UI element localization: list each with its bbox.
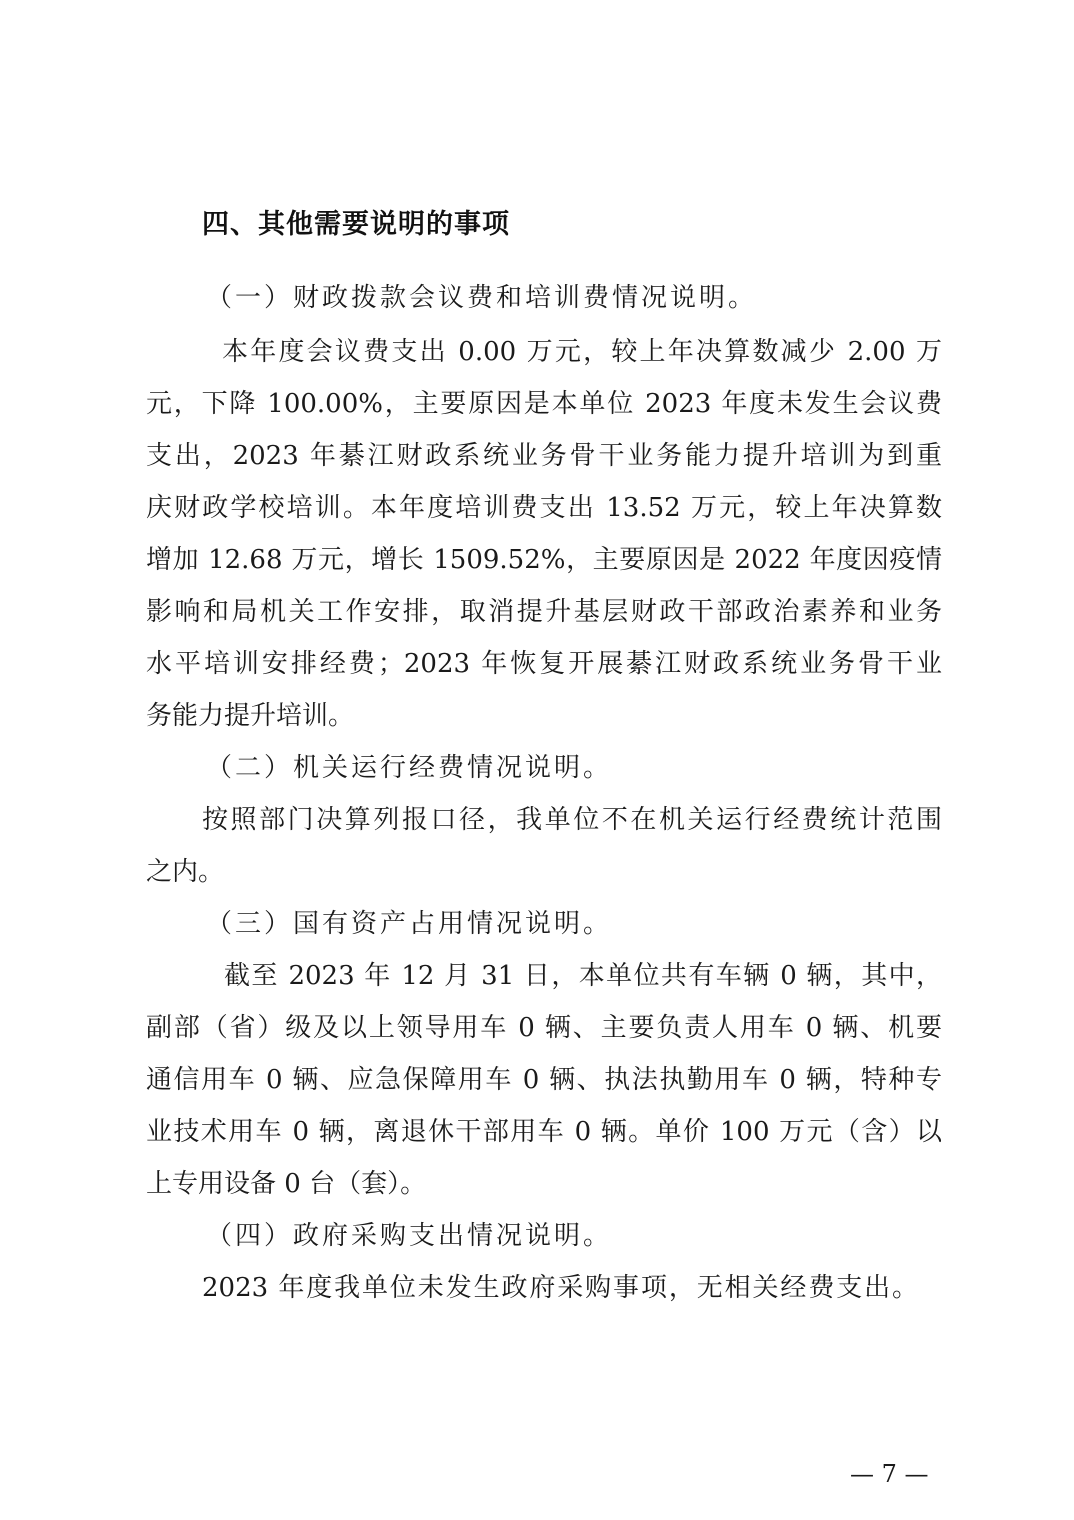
paragraph-line: 之内。 bbox=[146, 854, 942, 890]
paragraph-line: 上专用设备 0 台（套）。 bbox=[146, 1166, 942, 1202]
paragraph-line: 副部（省）级及以上领导用车 0 辆、主要负责人用车 0 辆、机要 bbox=[146, 1010, 942, 1046]
paragraph-line: 影响和局机关工作安排，取消提升基层财政干部政治素养和业务 bbox=[146, 594, 942, 630]
paragraph-line: 庆财政学校培训。本年度培训费支出 13.52 万元，较上年决算数 bbox=[146, 490, 942, 526]
paragraph-line: 务能力提升培训。 bbox=[146, 698, 942, 734]
paragraph-line: 增加 12.68 万元，增长 1509.52%，主要原因是 2022 年度因疫情 bbox=[146, 542, 942, 578]
subsection-title-1: （一）财政拨款会议费和培训费情况说明。 bbox=[206, 280, 766, 316]
paragraph-line: 元，下降 100.00%，主要原因是本单位 2023 年度未发生会议费 bbox=[146, 386, 942, 422]
document-page: 四、其他需要说明的事项 （一）财政拨款会议费和培训费情况说明。 本年度会议费支出… bbox=[0, 0, 1074, 1520]
paragraph-line: 水平培训安排经费；2023 年恢复开展綦江财政系统业务骨干业 bbox=[146, 646, 942, 682]
paragraph-line: 按照部门决算列报口径，我单位不在机关运行经费统计范围 bbox=[202, 802, 942, 838]
paragraph-line: 通信用车 0 辆、应急保障用车 0 辆、执法执勤用车 0 辆，特种专 bbox=[146, 1062, 942, 1098]
paragraph-line: 支出，2023 年綦江财政系统业务骨干业务能力提升培训为到重 bbox=[146, 438, 942, 474]
paragraph-line: 本年度会议费支出 0.00 万元，较上年决算数减少 2.00 万 bbox=[222, 334, 942, 370]
subsection-title-3: （三）国有资产占用情况说明。 bbox=[206, 906, 606, 942]
page-number: — 7 — bbox=[850, 1460, 929, 1488]
paragraph-line: 截至 2023 年 12 月 31 日，本单位共有车辆 0 辆，其中， bbox=[224, 958, 942, 994]
subsection-title-2: （二）机关运行经费情况说明。 bbox=[206, 750, 606, 786]
paragraph-line: 业技术用车 0 辆，离退休干部用车 0 辆。单价 100 万元（含）以 bbox=[146, 1114, 942, 1150]
subsection-title-4: （四）政府采购支出情况说明。 bbox=[206, 1218, 606, 1254]
section-heading: 四、其他需要说明的事项 bbox=[202, 202, 510, 241]
paragraph-line: 2023 年度我单位未发生政府采购事项，无相关经费支出。 bbox=[202, 1270, 918, 1306]
